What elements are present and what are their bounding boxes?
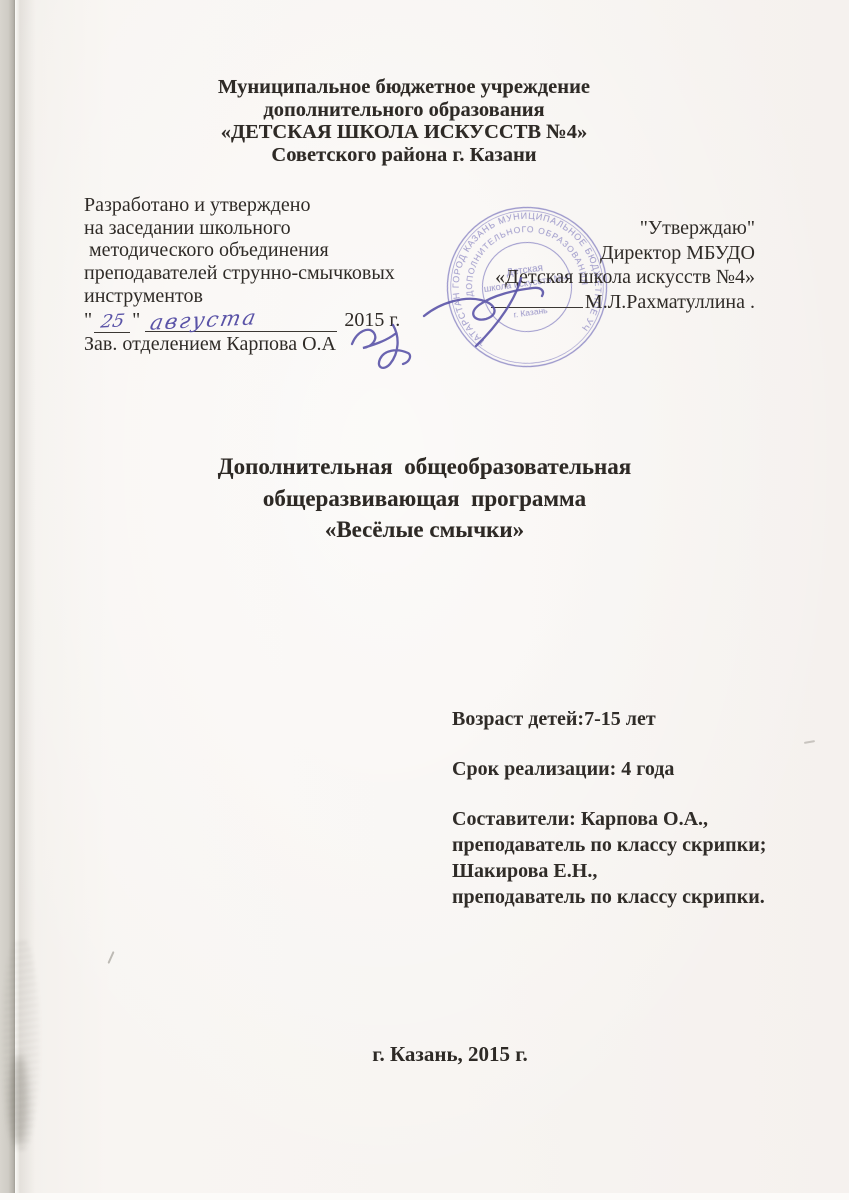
scan-smudge [10,1055,28,1145]
program-title: Дополнительная общеобразовательная общер… [85,451,764,546]
quote-mark: " [132,309,140,331]
karpova-signature [348,320,428,378]
program-title-line: общеразвивающая программа [85,483,764,515]
authors-line: Шакирова Е.Н., [452,858,812,884]
authors-line: преподаватель по классу скрипки. [452,884,812,910]
scanned-document-page: Муниципальное бюджетное учреждение допол… [0,0,849,1200]
program-name: «Весёлые смычки» [85,514,764,546]
institution-district: Советского района г. Казани [40,144,768,167]
director-signature [421,274,573,352]
signature-stroke [379,325,410,368]
city-year-footer: г. Казань, 2015 г. [100,1042,800,1067]
handwritten-day: 25 [98,310,126,334]
program-details: Возраст детей:7-15 лет Срок реализации: … [452,706,812,910]
director-name: М.Л.Рахматуллина . [585,291,755,313]
date-day-underline: 25 [94,309,130,334]
institution-line: Муниципальное бюджетное учреждение [40,76,768,99]
institution-header: Муниципальное бюджетное учреждение допол… [40,76,768,166]
institution-line: дополнительного образования [40,99,768,122]
director-title: Директор МБУДО [400,241,755,266]
signature-stroke [352,330,395,348]
authors-line: Составители: Карпова О.А., [452,806,812,832]
children-age: Возраст детей:7-15 лет [452,706,812,732]
scan-speck [107,951,114,964]
authors-block: Составители: Карпова О.А., преподаватель… [452,806,812,910]
program-title-line: Дополнительная общеобразовательная [85,451,764,483]
handwritten-month: августа [148,306,259,334]
approval-text-line: Разработано и утверждено [84,194,464,217]
signature-stroke [424,288,543,320]
authors-line: преподаватель по классу скрипки; [452,832,812,858]
scanner-bottom-strip [0,1193,849,1200]
institution-name: «ДЕТСКАЯ ШКОЛА ИСКУССТВ №4» [40,121,768,144]
date-month-underline: августа [145,308,337,333]
signature-stroke [476,278,521,346]
approve-word: "Утверждаю" [400,216,755,241]
quote-mark: " [84,309,92,331]
program-term: Срок реализации: 4 года [452,756,812,782]
